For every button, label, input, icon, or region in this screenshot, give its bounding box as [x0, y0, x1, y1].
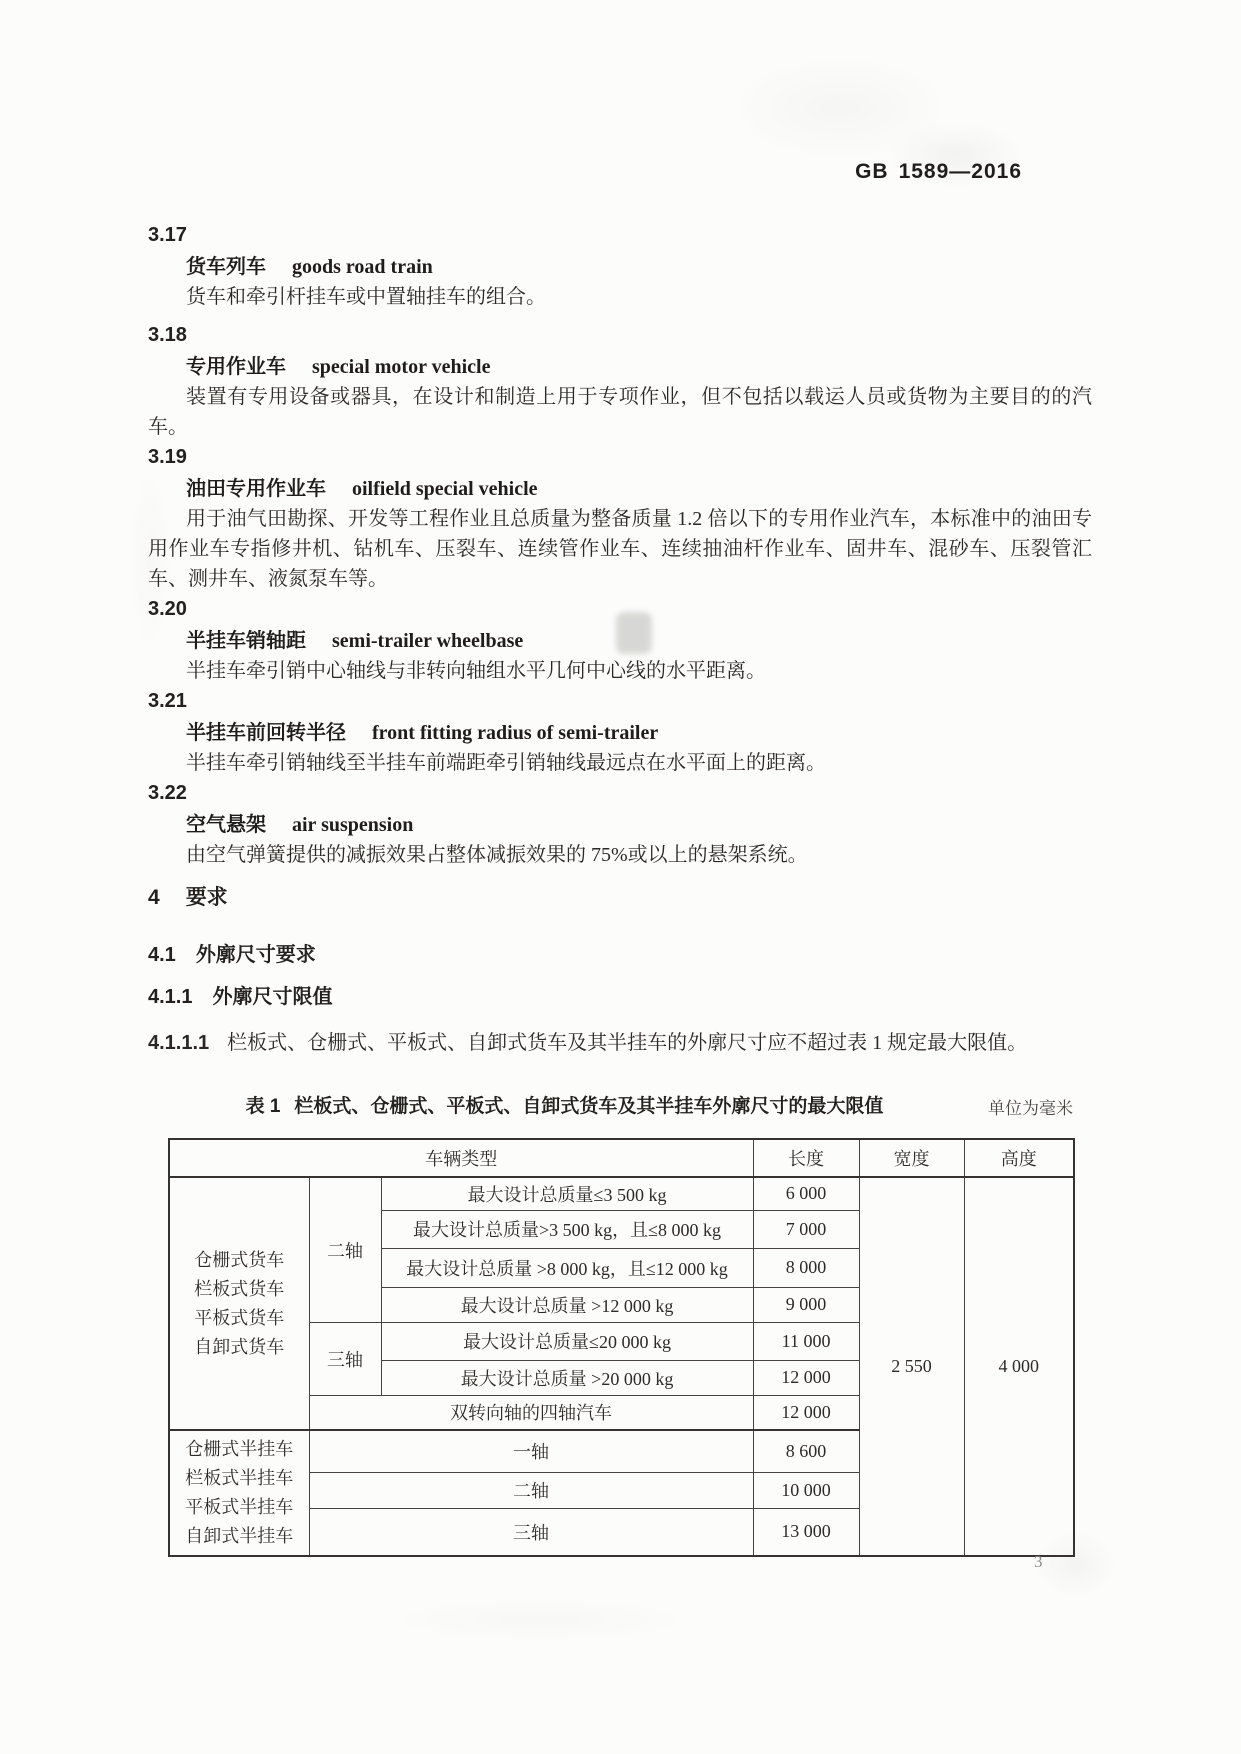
table-unit-note: 单位为毫米: [988, 1094, 1073, 1124]
table-title: 栏板式、仓栅式、平板式、自卸式货车及其半挂车外廓尺寸的最大限值: [294, 1096, 883, 1117]
term-line-3-21: 半挂车前回转半径front fitting radius of semi-tra…: [148, 718, 1092, 748]
col-header-width: 宽度: [859, 1139, 964, 1177]
condition-cell: 一轴: [309, 1430, 753, 1472]
length-value: 12 000: [753, 1360, 859, 1395]
condition-cell: 最大设计总质量 >8 000 kg，且≤12 000 kg: [381, 1248, 753, 1287]
section-number-3-19: 3.19: [148, 442, 1092, 472]
semitrailer-type-line: 栏板式半挂车: [174, 1464, 305, 1493]
term-line-3-17: 货车列车goods road train: [148, 252, 1092, 282]
term-cn: 半挂车销轴距: [186, 630, 306, 652]
length-value: 13 000: [753, 1508, 859, 1556]
section-number-3-18: 3.18: [148, 320, 1092, 350]
condition-cell: 最大设计总质量≤20 000 kg: [381, 1322, 753, 1360]
length-value: 12 000: [753, 1395, 859, 1430]
heading-title: 要求: [186, 886, 228, 909]
heading-4-1: 4.1外廓尺寸要求: [148, 940, 1092, 970]
term-cn: 半挂车前回转半径: [186, 722, 346, 744]
standard-prefix: GB: [855, 160, 889, 183]
definition-3-20: 半挂车牵引销中心轴线与非转向轴组水平几何中心线的水平距离。: [148, 656, 1092, 686]
clause-text: 栏板式、仓栅式、平板式、自卸式货车及其半挂车的外廓尺寸应不超过表 1 规定最大限…: [227, 1032, 1027, 1054]
clause-number: 4.1.1.1: [148, 1032, 209, 1054]
term-line-3-20: 半挂车销轴距semi-trailer wheelbase: [148, 626, 1092, 656]
length-value: 8 600: [753, 1430, 859, 1472]
width-value: 2 550: [859, 1177, 964, 1556]
col-header-vehicle-type: 车辆类型: [169, 1139, 753, 1177]
heading-4-1-1: 4.1.1外廓尺寸限值: [148, 982, 1092, 1012]
table-1-caption: 表 1栏板式、仓栅式、平板式、自卸式货车及其半挂车外廓尺寸的最大限值 单位为毫米: [168, 1092, 1073, 1122]
condition-cell: 最大设计总质量 >20 000 kg: [381, 1360, 753, 1395]
truck-type-line: 自卸式货车: [174, 1333, 305, 1362]
definition-3-18: 装置有专用设备或器具，在设计和制造上用于专项作业，但不包括以载运人员或货物为主要…: [148, 382, 1092, 442]
definition-3-22: 由空气弹簧提供的减振效果占整体减振效果的 75%或以上的悬架系统。: [148, 840, 1092, 870]
condition-cell: 最大设计总质量>3 500 kg，且≤8 000 kg: [381, 1210, 753, 1248]
length-value: 7 000: [753, 1210, 859, 1248]
truck-type-line: 仓栅式货车: [174, 1246, 305, 1275]
heading-number: 4.1.1: [148, 986, 192, 1008]
length-value: 6 000: [753, 1177, 859, 1210]
definition-3-17: 货车和牵引杆挂车或中置轴挂车的组合。: [148, 282, 1092, 312]
term-cn: 货车列车: [186, 256, 266, 278]
heading-title: 外廓尺寸要求: [196, 944, 316, 966]
term-en: semi-trailer wheelbase: [332, 630, 523, 652]
semitrailer-type-line: 仓栅式半挂车: [174, 1435, 305, 1464]
clause-4-1-1-1: 4.1.1.1栏板式、仓栅式、平板式、自卸式货车及其半挂车的外廓尺寸应不超过表 …: [148, 1028, 1092, 1058]
height-value: 4 000: [964, 1177, 1074, 1556]
term-en: goods road train: [292, 256, 433, 278]
term-en: special motor vehicle: [312, 356, 490, 378]
length-value: 10 000: [753, 1472, 859, 1508]
term-line-3-18: 专用作业车special motor vehicle: [148, 352, 1092, 382]
term-en: air suspension: [292, 814, 413, 836]
condition-cell: 最大设计总质量 >12 000 kg: [381, 1287, 753, 1322]
length-value: 11 000: [753, 1322, 859, 1360]
heading-title: 外廓尺寸限值: [212, 986, 332, 1008]
semitrailer-type-line: 自卸式半挂车: [174, 1522, 305, 1551]
col-header-height: 高度: [964, 1139, 1074, 1177]
condition-cell: 三轴: [309, 1508, 753, 1556]
term-en: front fitting radius of semi-trailer: [372, 722, 658, 744]
truck-type-label-cell: 仓栅式货车 栏板式货车 平板式货车 自卸式货车: [169, 1177, 309, 1430]
semitrailer-type-label-cell: 仓栅式半挂车 栏板式半挂车 平板式半挂车 自卸式半挂车: [169, 1430, 309, 1556]
scan-artifact: [690, 38, 990, 178]
condition-cell: 双转向轴的四轴汽车: [309, 1395, 753, 1430]
scan-artifact: [330, 1590, 750, 1650]
table-1-block: 表 1栏板式、仓栅式、平板式、自卸式货车及其半挂车外廓尺寸的最大限值 单位为毫米…: [168, 1092, 1073, 1557]
section-number-3-21: 3.21: [148, 686, 1092, 716]
term-cn: 油田专用作业车: [186, 478, 326, 500]
section-number-3-22: 3.22: [148, 778, 1092, 808]
heading-number: 4.1: [148, 944, 176, 966]
semitrailer-type-line: 平板式半挂车: [174, 1493, 305, 1522]
term-en: oilfield special vehicle: [352, 478, 538, 500]
scan-artifact: [860, 110, 1050, 200]
standard-code: 1589—2016: [899, 160, 1022, 183]
standard-number-header: GB1589—2016: [855, 160, 1022, 184]
axle-group-label: 二轴: [309, 1177, 381, 1322]
definition-3-19: 用于油气田勘探、开发等工程作业且总质量为整备质量 1.2 倍以下的专用作业汽车，…: [148, 504, 1092, 594]
condition-cell: 二轴: [309, 1472, 753, 1508]
axle-group-label: 三轴: [309, 1322, 381, 1395]
table-1: 车辆类型 长度 宽度 高度 仓栅式货车 栏板式货车 平板式货车 自卸式货车 二轴…: [168, 1138, 1075, 1557]
section-number-3-20: 3.20: [148, 594, 1092, 624]
term-line-3-19: 油田专用作业车oilfield special vehicle: [148, 474, 1092, 504]
section-number-3-17: 3.17: [148, 220, 1092, 250]
table-label: 表 1: [246, 1096, 281, 1117]
length-value: 9 000: [753, 1287, 859, 1322]
col-header-length: 长度: [753, 1139, 859, 1177]
term-cn: 空气悬架: [186, 814, 266, 836]
term-line-3-22: 空气悬架air suspension: [148, 810, 1092, 840]
condition-cell: 最大设计总质量≤3 500 kg: [381, 1177, 753, 1210]
length-value: 8 000: [753, 1248, 859, 1287]
table-header-row: 车辆类型 长度 宽度 高度: [169, 1139, 1074, 1177]
truck-type-line: 栏板式货车: [174, 1275, 305, 1304]
heading-4: 4要求: [148, 882, 1092, 914]
page-content: 3.17 货车列车goods road train 货车和牵引杆挂车或中置轴挂车…: [148, 220, 1092, 1557]
definition-3-21: 半挂车牵引销轴线至半挂车前端距牵引销轴线最远点在水平面上的距离。: [148, 748, 1092, 778]
term-cn: 专用作业车: [186, 356, 286, 378]
document-page: GB1589—2016 3.17 货车列车goods road train 货车…: [0, 0, 1241, 1754]
truck-type-line: 平板式货车: [174, 1304, 305, 1333]
table-row: 仓栅式货车 栏板式货车 平板式货车 自卸式货车 二轴 最大设计总质量≤3 500…: [169, 1177, 1074, 1210]
page-number: 3: [1034, 1552, 1043, 1572]
heading-number: 4: [148, 886, 160, 909]
